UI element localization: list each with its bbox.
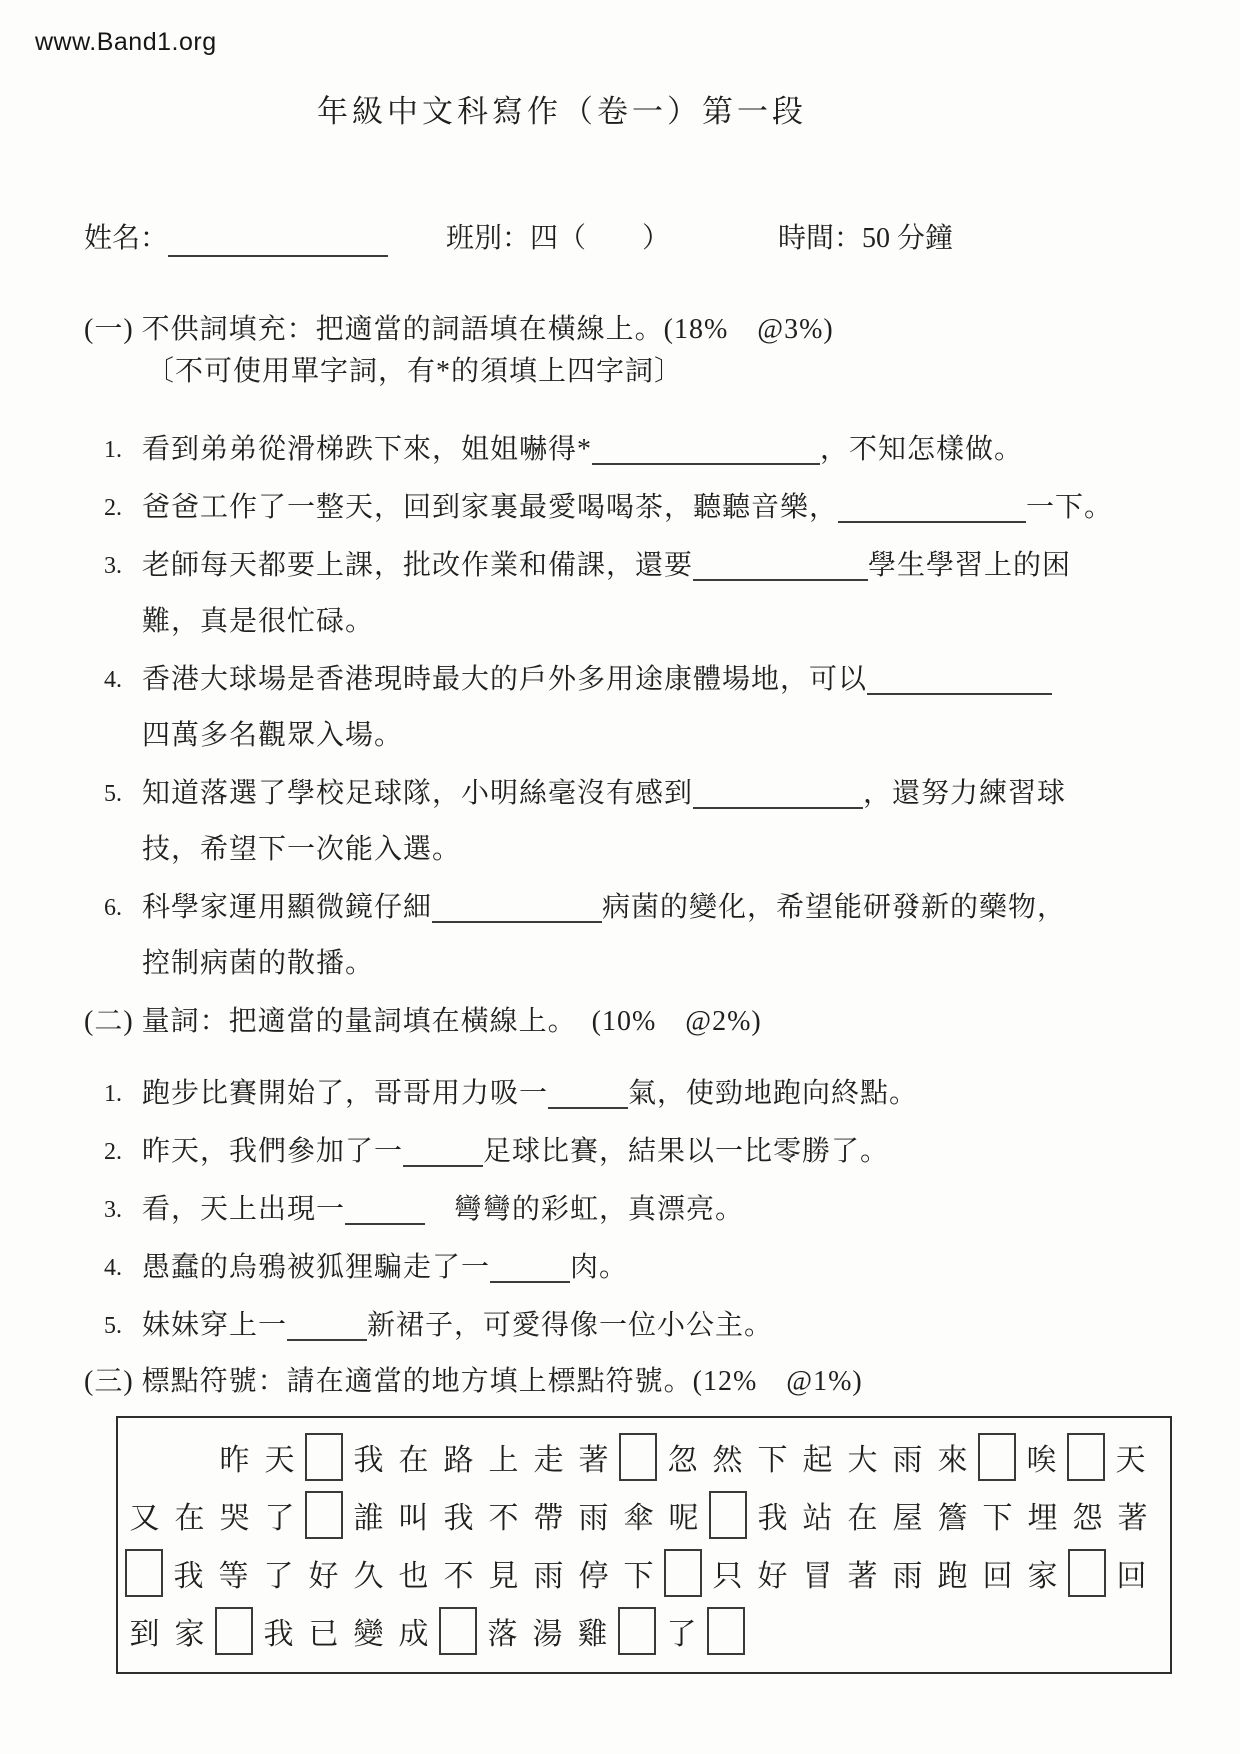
exercise-item: 1.看到弟弟從滑梯跌下來，姐姐嚇得*，不知怎樣做。 (104, 422, 1240, 478)
char-cell: 回 (1109, 1551, 1154, 1595)
exercise-item: 2.爸爸工作了一整天，回到家裏最愛喝喝茶，聽聽音樂，一下。 (104, 480, 1240, 536)
char-cell: 等 (211, 1551, 256, 1595)
answer-blank-line (432, 895, 602, 923)
char-cell: 了 (659, 1609, 704, 1653)
item-content: 香港大球場是香港現時最大的戶外多用途康體場地，可以四萬多名觀眾入場。 (142, 652, 1202, 764)
char-cell: 天 (1108, 1435, 1153, 1479)
char-cell: 雨 (885, 1435, 930, 1479)
char-cell: 回 (975, 1551, 1020, 1595)
worksheet-page: www.Band1.org 年級中文科寫作（卷一）第一段 姓名：班別：四（ ）時… (0, 0, 1240, 1754)
answer-blank-line (345, 1197, 425, 1225)
punctuation-row: 昨天我在路上走著忽然下起大雨來唉天 (122, 1428, 1168, 1486)
char-cell: 我 (166, 1551, 211, 1595)
punctuation-box (305, 1491, 343, 1539)
punctuation-box (1068, 1549, 1106, 1597)
exercise-item: 5.知道落選了學校足球隊，小明絲毫沒有感到，還努力練習球技，希望下一次能入選。 (104, 766, 1240, 878)
section-3-heading: (三) 標點符號：請在適當的地方填上標點符號。(12% @1%) (84, 1362, 1240, 1402)
item-text: 香港大球場是香港現時最大的戶外多用途康體場地，可以 (142, 664, 867, 695)
item-text: 新裙子，可愛得像一位小公主。 (367, 1310, 773, 1341)
char-cell: 哭 (212, 1493, 257, 1537)
char-cell: 冒 (795, 1551, 840, 1595)
char-cell: 雨 (526, 1551, 571, 1595)
char-cell: 忽 (660, 1435, 705, 1479)
item-list: 1.看到弟弟從滑梯跌下來，姐姐嚇得*，不知怎樣做。2.爸爸工作了一整天，回到家裏… (0, 422, 1240, 992)
item-text: 難，真是很忙碌。 (142, 606, 374, 637)
item-text: 肉。 (570, 1252, 628, 1283)
punctuation-exercise-box: 昨天我在路上走著忽然下起大雨來唉天又在哭了誰叫我不帶雨傘呢我站在屋簷下埋怨著我等… (116, 1416, 1172, 1674)
exercise-item: 3.看，天上出現一 彎彎的彩虹，真漂亮。 (104, 1182, 1240, 1238)
item-number: 2. (104, 480, 142, 536)
char-cell: 誰 (346, 1493, 391, 1537)
section-2-heading: (二) 量詞：把適當的量詞填在橫線上。 (10% @2%) (84, 1002, 1240, 1042)
char-cell: 下 (975, 1493, 1020, 1537)
char-cell: 來 (930, 1435, 975, 1479)
char-cell: 雨 (571, 1493, 616, 1537)
char-cell: 變 (346, 1609, 391, 1653)
char-cell: 叫 (391, 1493, 436, 1537)
exercise-item: 2.昨天，我們參加了一足球比賽，結果以一比零勝了。 (104, 1124, 1240, 1180)
char-cell: 到 (122, 1609, 167, 1653)
punctuation-box (618, 1607, 656, 1655)
char-cell: 雨 (885, 1551, 930, 1595)
answer-blank-line (490, 1255, 570, 1283)
char-cell: 也 (391, 1551, 436, 1595)
item-text: ，不知怎樣做。 (820, 434, 1023, 465)
item-text: 學生學習上的困 (868, 550, 1071, 581)
char-cell: 在 (840, 1493, 885, 1537)
char-cell: 我 (436, 1493, 481, 1537)
punctuation-box (707, 1607, 745, 1655)
char-cell: 落 (480, 1609, 525, 1653)
name-blank-line (168, 229, 388, 257)
item-number: 5. (104, 766, 142, 878)
item-number: 4. (104, 652, 142, 764)
char-cell: 呢 (661, 1493, 706, 1537)
item-number: 6. (104, 880, 142, 992)
punctuation-box (439, 1607, 477, 1655)
item-text: ，還努力練習球 (863, 778, 1066, 809)
char-cell: 下 (616, 1551, 661, 1595)
char-cell: 又 (122, 1493, 167, 1537)
punctuation-row: 又在哭了誰叫我不帶雨傘呢我站在屋簷下埋怨著 (122, 1486, 1168, 1544)
exercise-item: 5.妹妹穿上一新裙子，可愛得像一位小公主。 (104, 1298, 1240, 1354)
char-cell: 簷 (930, 1493, 975, 1537)
item-text: 四萬多名觀眾入場。 (142, 720, 403, 751)
answer-blank-line (548, 1081, 628, 1109)
item-text: 昨天，我們參加了一 (142, 1136, 403, 1167)
class-label: 班別：四（ ） (446, 223, 670, 254)
item-content: 妹妹穿上一新裙子，可愛得像一位小公主。 (142, 1298, 1202, 1354)
punctuation-box (664, 1549, 702, 1597)
punctuation-box (709, 1491, 747, 1539)
char-cell: 停 (571, 1551, 616, 1595)
item-content: 爸爸工作了一整天，回到家裏最愛喝喝茶，聽聽音樂，一下。 (142, 480, 1202, 536)
exercise-item: 1.跑步比賽開始了，哥哥用力吸一氣，使勁地跑向終點。 (104, 1066, 1240, 1122)
char-cell: 跑 (930, 1551, 975, 1595)
char-cell: 走 (526, 1435, 571, 1479)
char-cell: 好 (750, 1551, 795, 1595)
item-text: 看到弟弟從滑梯跌下來，姐姐嚇得* (142, 434, 592, 465)
watermark: www.Band1.org (35, 28, 217, 57)
punctuation-row: 到家我已變成落湯雞了 (122, 1602, 1168, 1660)
char-cell: 著 (1110, 1493, 1155, 1537)
item-number: 2. (104, 1124, 142, 1180)
char-cell: 在 (167, 1493, 212, 1537)
item-text: 爸爸工作了一整天，回到家裏最愛喝喝茶，聽聽音樂， (142, 492, 838, 523)
char-cell: 傘 (616, 1493, 661, 1537)
item-content: 老師每天都要上課，批改作業和備課，還要學生學習上的困難，真是很忙碌。 (142, 538, 1202, 650)
char-cell: 已 (301, 1609, 346, 1653)
item-text: 看，天上出現一 (142, 1194, 345, 1225)
char-cell: 我 (256, 1609, 301, 1653)
punctuation-box (215, 1607, 253, 1655)
item-text: 愚蠢的烏鴉被狐狸騙走了一 (142, 1252, 490, 1283)
answer-blank-line (693, 553, 868, 581)
item-content: 看，天上出現一 彎彎的彩虹，真漂亮。 (142, 1182, 1202, 1238)
info-row: 姓名：班別：四（ ）時間：50 分鐘 (84, 218, 1240, 260)
char-cell: 不 (436, 1551, 481, 1595)
char-cell: 埋 (1020, 1493, 1065, 1537)
char-cell: 路 (436, 1435, 481, 1479)
item-number: 1. (104, 1066, 142, 1122)
exercise-item: 4.愚蠢的烏鴉被狐狸騙走了一肉。 (104, 1240, 1240, 1296)
punctuation-box (305, 1433, 343, 1481)
section-1-note: 〔不可使用單字詞，有*的須填上四字詞〕 (146, 352, 1240, 392)
char-cell: 著 (840, 1551, 885, 1595)
char-cell: 了 (257, 1493, 302, 1537)
item-text: 一下。 (1026, 492, 1113, 523)
item-text: 跑步比賽開始了，哥哥用力吸一 (142, 1078, 548, 1109)
name-label: 姓名： (84, 223, 168, 254)
answer-blank-line (287, 1313, 367, 1341)
char-cell: 家 (1020, 1551, 1065, 1595)
item-content: 知道落選了學校足球隊，小明絲毫沒有感到，還努力練習球技，希望下一次能入選。 (142, 766, 1202, 878)
section-fill-in-words: (一) 不供詞填充：把適當的詞語填在橫線上。(18% @3%) 〔不可使用單字詞… (0, 310, 1240, 992)
item-text: 控制病菌的散播。 (142, 948, 374, 979)
char-cell: 起 (795, 1435, 840, 1479)
item-content: 科學家運用顯微鏡仔細病菌的變化，希望能研發新的藥物，控制病菌的散播。 (142, 880, 1202, 992)
char-cell: 下 (750, 1435, 795, 1479)
item-number: 3. (104, 1182, 142, 1238)
char-cell: 昨 (212, 1435, 257, 1479)
item-number: 1. (104, 422, 142, 478)
item-text: 彎彎的彩虹，真漂亮。 (425, 1194, 744, 1225)
char-cell: 怨 (1065, 1493, 1110, 1537)
char-cell: 見 (481, 1551, 526, 1595)
char-cell: 雞 (570, 1609, 615, 1653)
punctuation-box (619, 1433, 657, 1481)
exercise-item: 3.老師每天都要上課，批改作業和備課，還要學生學習上的困難，真是很忙碌。 (104, 538, 1240, 650)
item-number: 3. (104, 538, 142, 650)
item-text: 技，希望下一次能入選。 (142, 834, 461, 865)
char-cell: 上 (481, 1435, 526, 1479)
char-cell: 天 (257, 1435, 302, 1479)
item-content: 昨天，我們參加了一足球比賽，結果以一比零勝了。 (142, 1124, 1202, 1180)
answer-blank-line (592, 437, 820, 465)
char-cell: 了 (256, 1551, 301, 1595)
char-cell: 久 (346, 1551, 391, 1595)
item-content: 看到弟弟從滑梯跌下來，姐姐嚇得*，不知怎樣做。 (142, 422, 1202, 478)
section-measure-words: (二) 量詞：把適當的量詞填在橫線上。 (10% @2%) 1.跑步比賽開始了，… (0, 1002, 1240, 1354)
char-cell: 湯 (525, 1609, 570, 1653)
char-cell: 唉 (1019, 1435, 1064, 1479)
item-number: 4. (104, 1240, 142, 1296)
item-text: 病菌的變化，希望能研發新的藥物， (602, 892, 1066, 923)
char-cell: 好 (301, 1551, 346, 1595)
char-cell: 成 (391, 1609, 436, 1653)
char-cell: 屋 (885, 1493, 930, 1537)
section-punctuation: (三) 標點符號：請在適當的地方填上標點符號。(12% @1%) 昨天我在路上走… (0, 1362, 1240, 1674)
item-content: 跑步比賽開始了，哥哥用力吸一氣，使勁地跑向終點。 (142, 1066, 1202, 1122)
char-cell: 家 (167, 1609, 212, 1653)
punctuation-box (978, 1433, 1016, 1481)
item-text: 妹妹穿上一 (142, 1310, 287, 1341)
char-cell: 大 (840, 1435, 885, 1479)
char-cell: 帶 (526, 1493, 571, 1537)
item-list: 1.跑步比賽開始了，哥哥用力吸一氣，使勁地跑向終點。2.昨天，我們參加了一足球比… (0, 1066, 1240, 1354)
item-text: 科學家運用顯微鏡仔細 (142, 892, 432, 923)
answer-blank-line (403, 1139, 483, 1167)
item-content: 愚蠢的烏鴉被狐狸騙走了一肉。 (142, 1240, 1202, 1296)
item-text: 足球比賽，結果以一比零勝了。 (483, 1136, 889, 1167)
answer-blank-line (867, 667, 1052, 695)
item-text: 老師每天都要上課，批改作業和備課，還要 (142, 550, 693, 581)
char-cell: 我 (750, 1493, 795, 1537)
exercise-item: 6.科學家運用顯微鏡仔細病菌的變化，希望能研發新的藥物，控制病菌的散播。 (104, 880, 1240, 992)
char-cell: 我 (346, 1435, 391, 1479)
answer-blank-line (838, 495, 1026, 523)
exercise-item: 4.香港大球場是香港現時最大的戶外多用途康體場地，可以四萬多名觀眾入場。 (104, 652, 1240, 764)
punctuation-box (1067, 1433, 1105, 1481)
punctuation-box (125, 1549, 163, 1597)
item-number: 5. (104, 1298, 142, 1354)
page-title: 年級中文科寫作（卷一）第一段 (0, 90, 1182, 134)
char-cell: 著 (571, 1435, 616, 1479)
punctuation-row: 我等了好久也不見雨停下只好冒著雨跑回家回 (122, 1544, 1168, 1602)
answer-blank-line (693, 781, 863, 809)
char-cell: 站 (795, 1493, 840, 1537)
item-text: 氣，使勁地跑向終點。 (628, 1078, 918, 1109)
time-label: 時間：50 分鐘 (778, 223, 953, 254)
char-cell: 不 (481, 1493, 526, 1537)
section-1-heading: (一) 不供詞填充：把適當的詞語填在橫線上。(18% @3%) (84, 310, 1240, 350)
char-cell: 在 (391, 1435, 436, 1479)
char-cell: 只 (705, 1551, 750, 1595)
char-cell: 然 (705, 1435, 750, 1479)
item-text: 知道落選了學校足球隊，小明絲毫沒有感到 (142, 778, 693, 809)
